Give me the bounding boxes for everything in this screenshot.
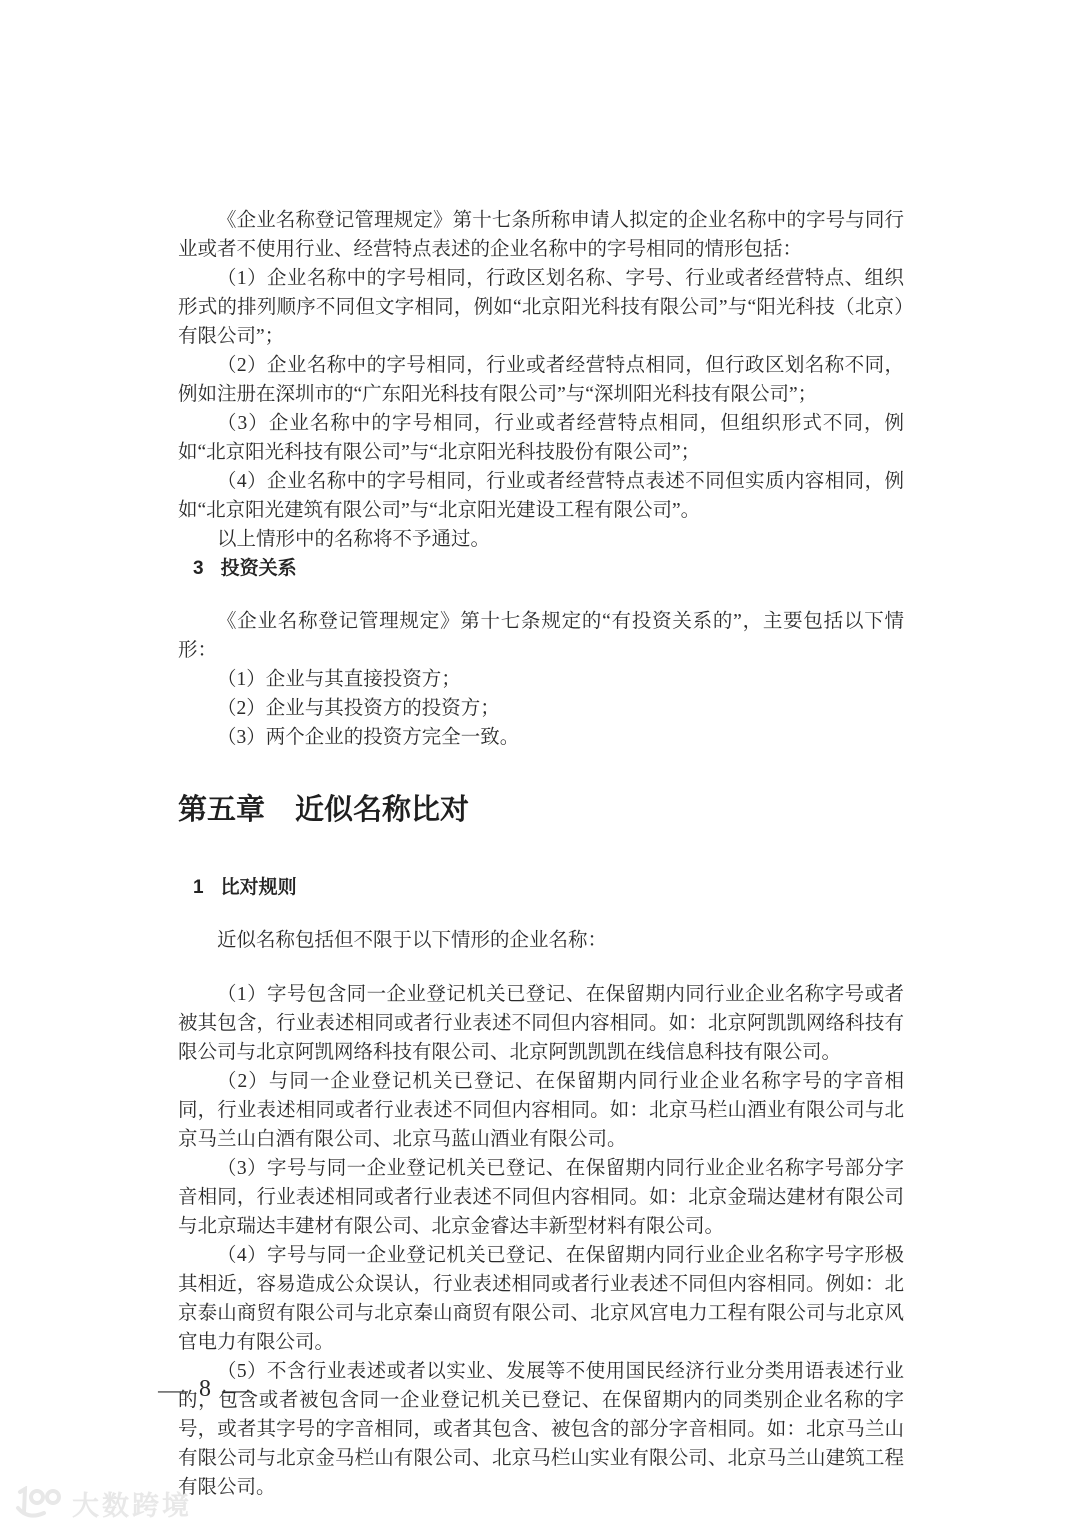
chapter-title: 第五章近似名称比对 — [178, 790, 904, 830]
list-item: （1）企业与其直接投资方； — [178, 665, 904, 694]
list-item: （3）企业名称中的字号相同，行业或者经营特点相同，但组织形式不同，例如“北京阳光… — [178, 409, 904, 467]
page-number-dash-left: — — [158, 1377, 188, 1403]
list-item: （4）字号与同一企业登记机关已登记、在保留期内同行业企业名称字号字形极其相近，容… — [178, 1241, 904, 1357]
section-heading-investment: 3投资关系 — [178, 554, 904, 583]
page-number-dash-right: — — [222, 1377, 252, 1403]
section-heading-rules: 1比对规则 — [178, 873, 904, 902]
list-item: （3）字号与同一企业登记机关已登记、在保留期内同行业企业名称字号部分字音相同，行… — [178, 1154, 904, 1241]
page-number: — 8 — — [162, 1376, 248, 1403]
list-item: （1）字号包含同一企业登记机关已登记、在保留期内同行业企业名称字号或者被其包含，… — [178, 980, 904, 1067]
list-item: （3）两个企业的投资方完全一致。 — [178, 723, 904, 752]
chapter-name: 近似名称比对 — [295, 794, 469, 826]
section-number: 1 — [193, 873, 204, 902]
watermark-brand-text: 大数跨境 — [72, 1484, 192, 1523]
brand-logo-icon — [12, 1486, 64, 1522]
list-item: （2）与同一企业登记机关已登记、在保留期内同行业企业名称字号的字音相同，行业表述… — [178, 1067, 904, 1154]
paragraph-investment-intro: 《企业名称登记管理规定》第十七条规定的“有投资关系的”，主要包括以下情形： — [178, 607, 904, 665]
watermark: 大数跨境 — [12, 1484, 192, 1523]
chapter-label: 第五章 — [178, 790, 265, 830]
list-item: （1）企业名称中的字号相同，行政区划名称、字号、行业或者经营特点、组织形式的排列… — [178, 264, 904, 351]
section-title: 投资关系 — [221, 558, 297, 579]
list-item: （4）企业名称中的字号相同，行业或者经营特点表述不同但实质内容相同，例如“北京阳… — [178, 467, 904, 525]
page-number-value: 8 — [199, 1376, 211, 1403]
document-page: 《企业名称登记管理规定》第十七条所称申请人拟定的企业名称中的字号与同行业或者不使… — [0, 0, 1080, 1527]
list-item: （5）不含行业表述或者以实业、发展等不使用国民经济行业分类用语表述行业的，包含或… — [178, 1357, 904, 1502]
paragraph-rules-intro: 近似名称包括但不限于以下情形的企业名称： — [178, 926, 904, 955]
section-number: 3 — [193, 554, 204, 583]
list-item: （2）企业名称中的字号相同，行业或者经营特点相同，但行政区划名称不同，例如注册在… — [178, 351, 904, 409]
paragraph-same-name-intro: 《企业名称登记管理规定》第十七条所称申请人拟定的企业名称中的字号与同行业或者不使… — [178, 206, 904, 264]
document-text-block: 《企业名称登记管理规定》第十七条所称申请人拟定的企业名称中的字号与同行业或者不使… — [178, 206, 904, 1502]
paragraph-same-name-conclusion: 以上情形中的名称将不予通过。 — [178, 525, 904, 554]
section-title: 比对规则 — [221, 877, 297, 898]
list-item: （2）企业与其投资方的投资方； — [178, 694, 904, 723]
